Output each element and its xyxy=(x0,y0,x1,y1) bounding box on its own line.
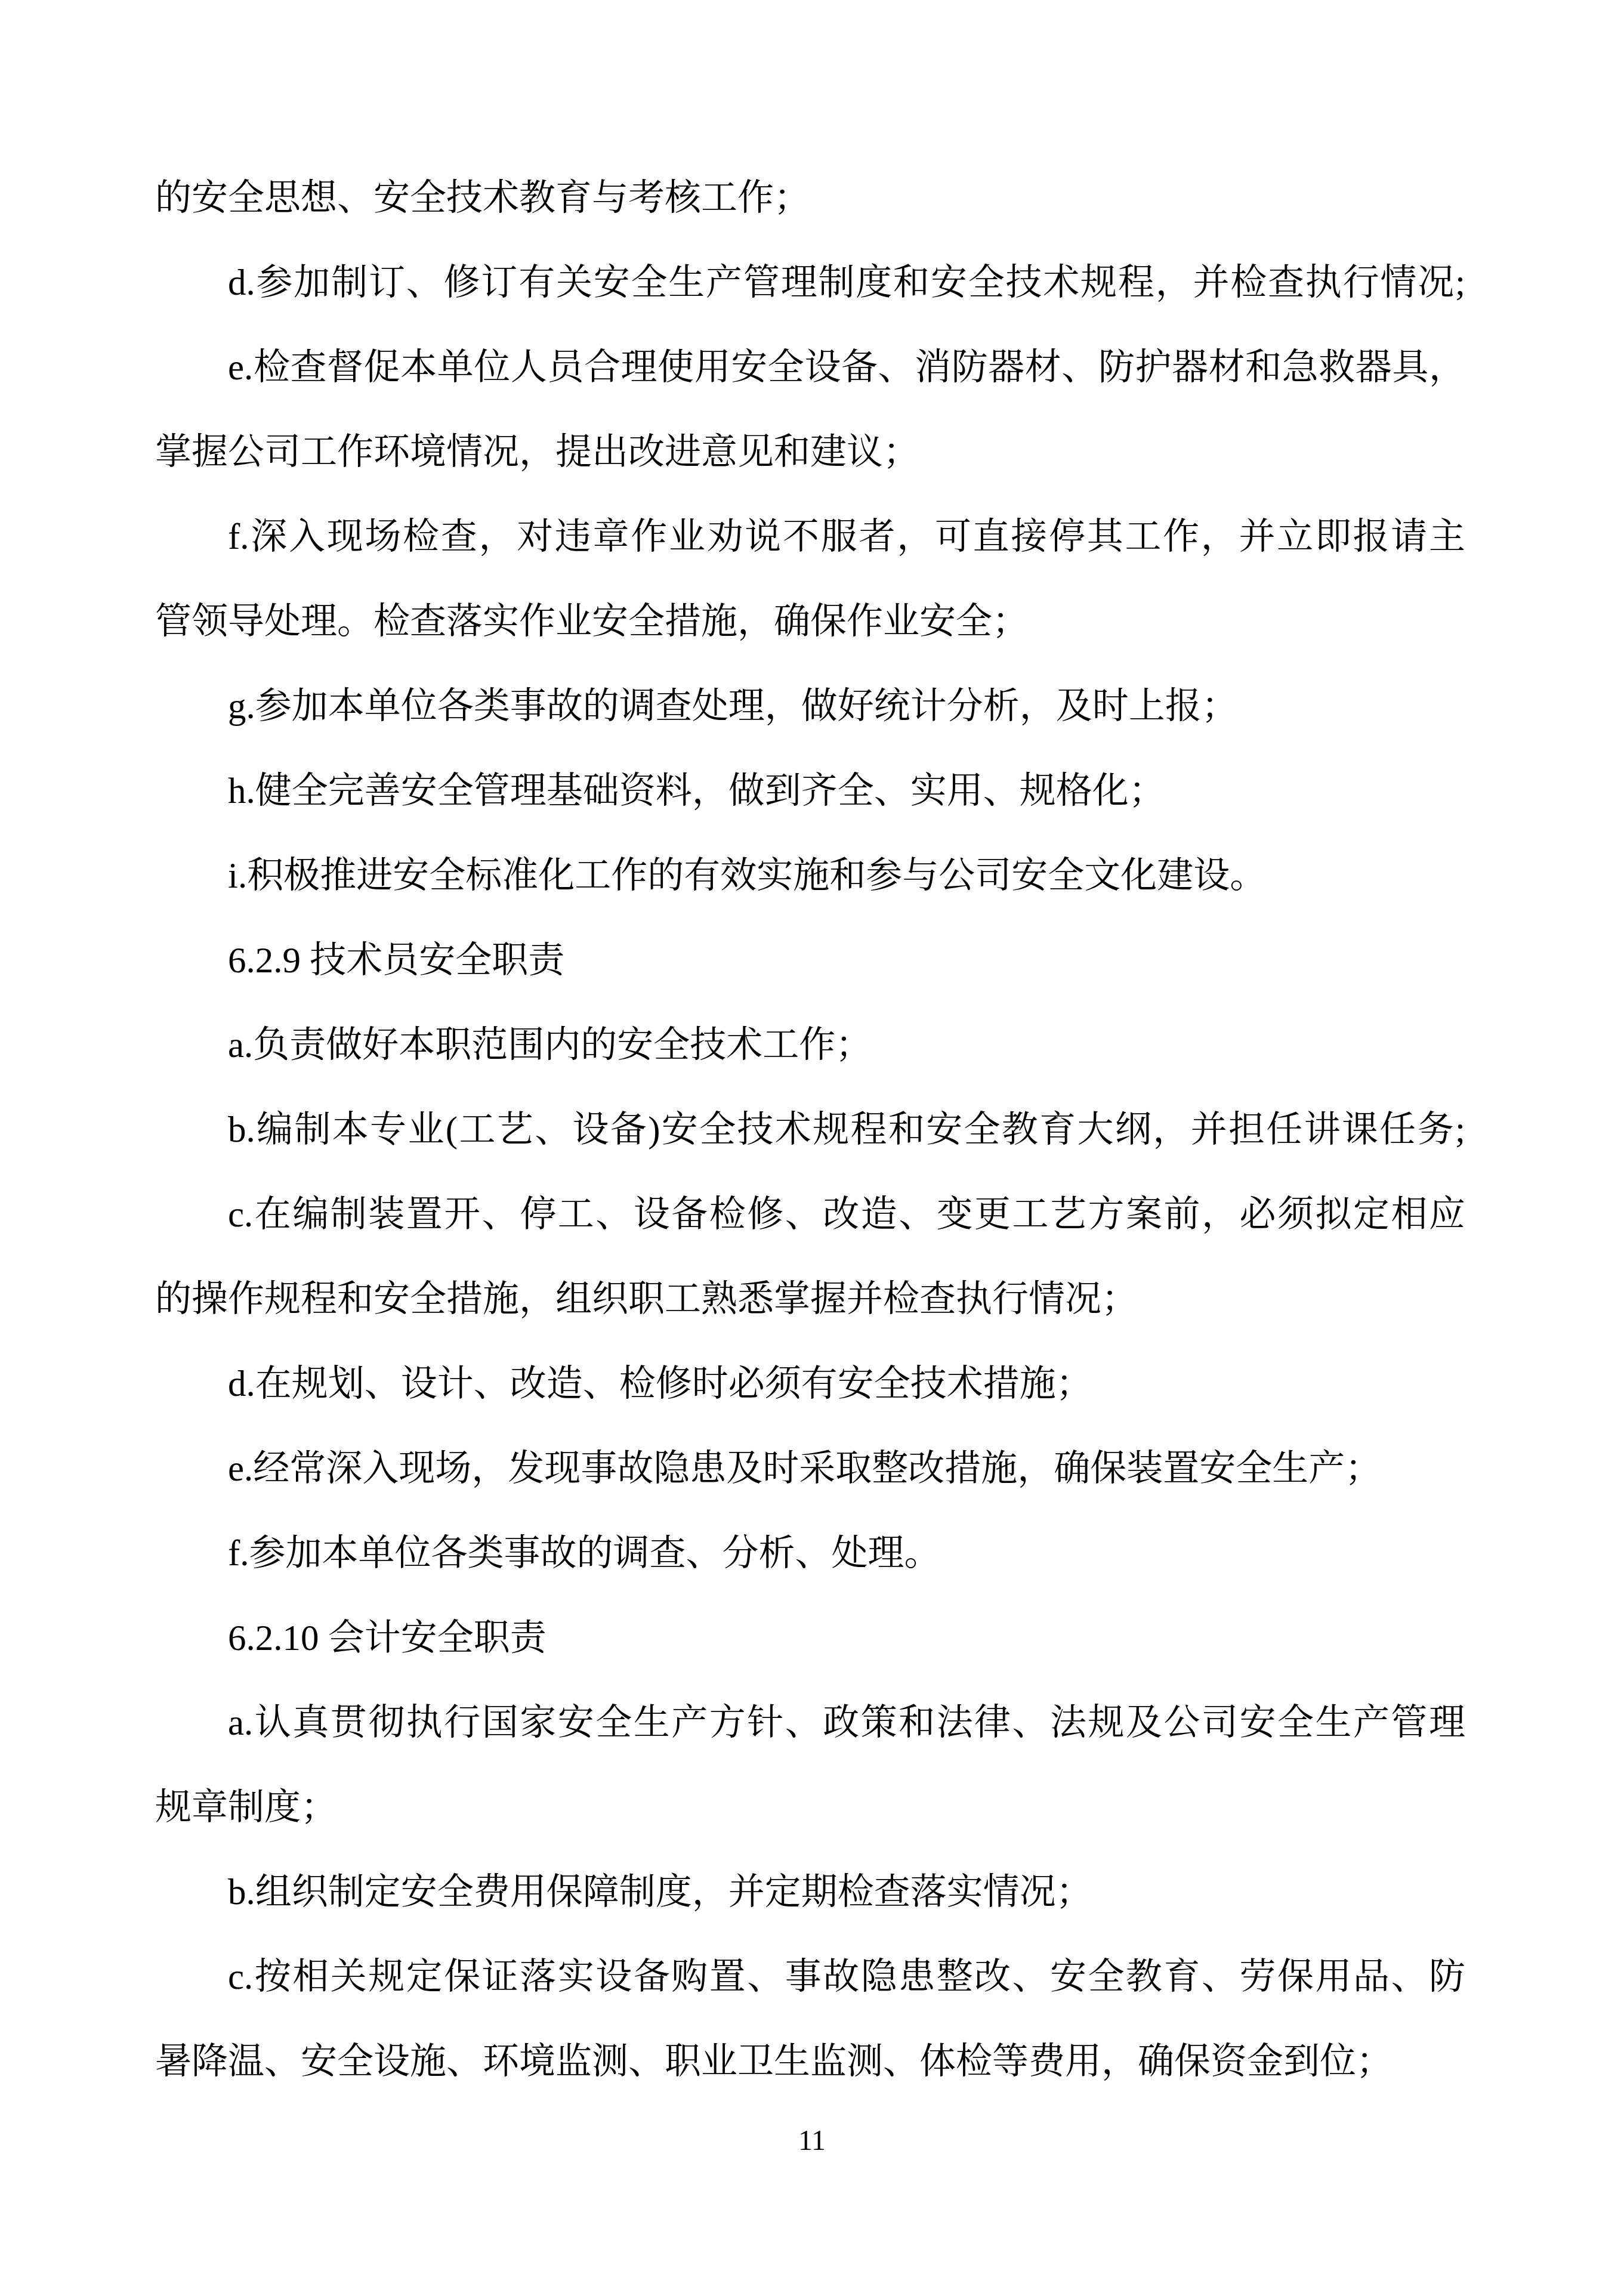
text-line: a.认真贯彻执行国家安全生产方针、政策和法律、法规及公司安全生产管理 xyxy=(155,1681,1465,1766)
text-line: 暑降温、安全设施、环境监测、职业卫生监测、体检等费用，确保资金到位； xyxy=(155,2020,1465,2105)
text-line: f.深入现场检查，对违章作业劝说不服者，可直接停其工作，并立即报请主 xyxy=(155,495,1465,580)
text-line: 的安全思想、安全技术教育与考核工作； xyxy=(155,156,1465,241)
text-line: c.在编制装置开、停工、设备检修、改造、变更工艺方案前，必须拟定相应 xyxy=(155,1173,1465,1257)
text-line: d.在规划、设计、改造、检修时必须有安全技术措施； xyxy=(155,1342,1465,1427)
text-line: 的操作规程和安全措施，组织职工熟悉掌握并检查执行情况； xyxy=(155,1257,1465,1342)
text-line: 规章制度； xyxy=(155,1766,1465,1850)
page: 的安全思想、安全技术教育与考核工作；d.参加制订、修订有关安全生产管理制度和安全… xyxy=(0,0,1624,2296)
text-line: d.参加制订、修订有关安全生产管理制度和安全技术规程，并检查执行情况; xyxy=(155,241,1465,326)
text-line: a.负责做好本职范围内的安全技术工作； xyxy=(155,1003,1465,1088)
page-number: 11 xyxy=(0,2122,1624,2159)
text-line: f.参加本单位各类事故的调查、分析、处理。 xyxy=(155,1512,1465,1596)
text-line: 6.2.9 技术员安全职责 xyxy=(155,919,1465,1003)
text-line: e.检查督促本单位人员合理使用安全设备、消防器材、防护器材和急救器具， xyxy=(155,326,1465,410)
text-line: 管领导处理。检查落实作业安全措施，确保作业安全； xyxy=(155,580,1465,665)
text-line: h.健全完善安全管理基础资料，做到齐全、实用、规格化； xyxy=(155,749,1465,834)
text-line: i.积极推进安全标准化工作的有效实施和参与公司安全文化建设。 xyxy=(155,834,1465,919)
text-line: b.组织制定安全费用保障制度，并定期检查落实情况； xyxy=(155,1850,1465,1935)
text-line: g.参加本单位各类事故的调查处理，做好统计分析，及时上报； xyxy=(155,665,1465,749)
text-line: c.按相关规定保证落实设备购置、事故隐患整改、安全教育、劳保用品、防 xyxy=(155,1935,1465,2020)
text-line: 6.2.10 会计安全职责 xyxy=(155,1596,1465,1681)
text-line: e.经常深入现场，发现事故隐患及时采取整改措施，确保装置安全生产； xyxy=(155,1427,1465,1512)
document-body: 的安全思想、安全技术教育与考核工作；d.参加制订、修订有关安全生产管理制度和安全… xyxy=(155,156,1465,2105)
text-line: b.编制本专业(工艺、设备)安全技术规程和安全教育大纲，并担任讲课任务; xyxy=(155,1088,1465,1173)
text-line: 掌握公司工作环境情况，提出改进意见和建议； xyxy=(155,410,1465,495)
